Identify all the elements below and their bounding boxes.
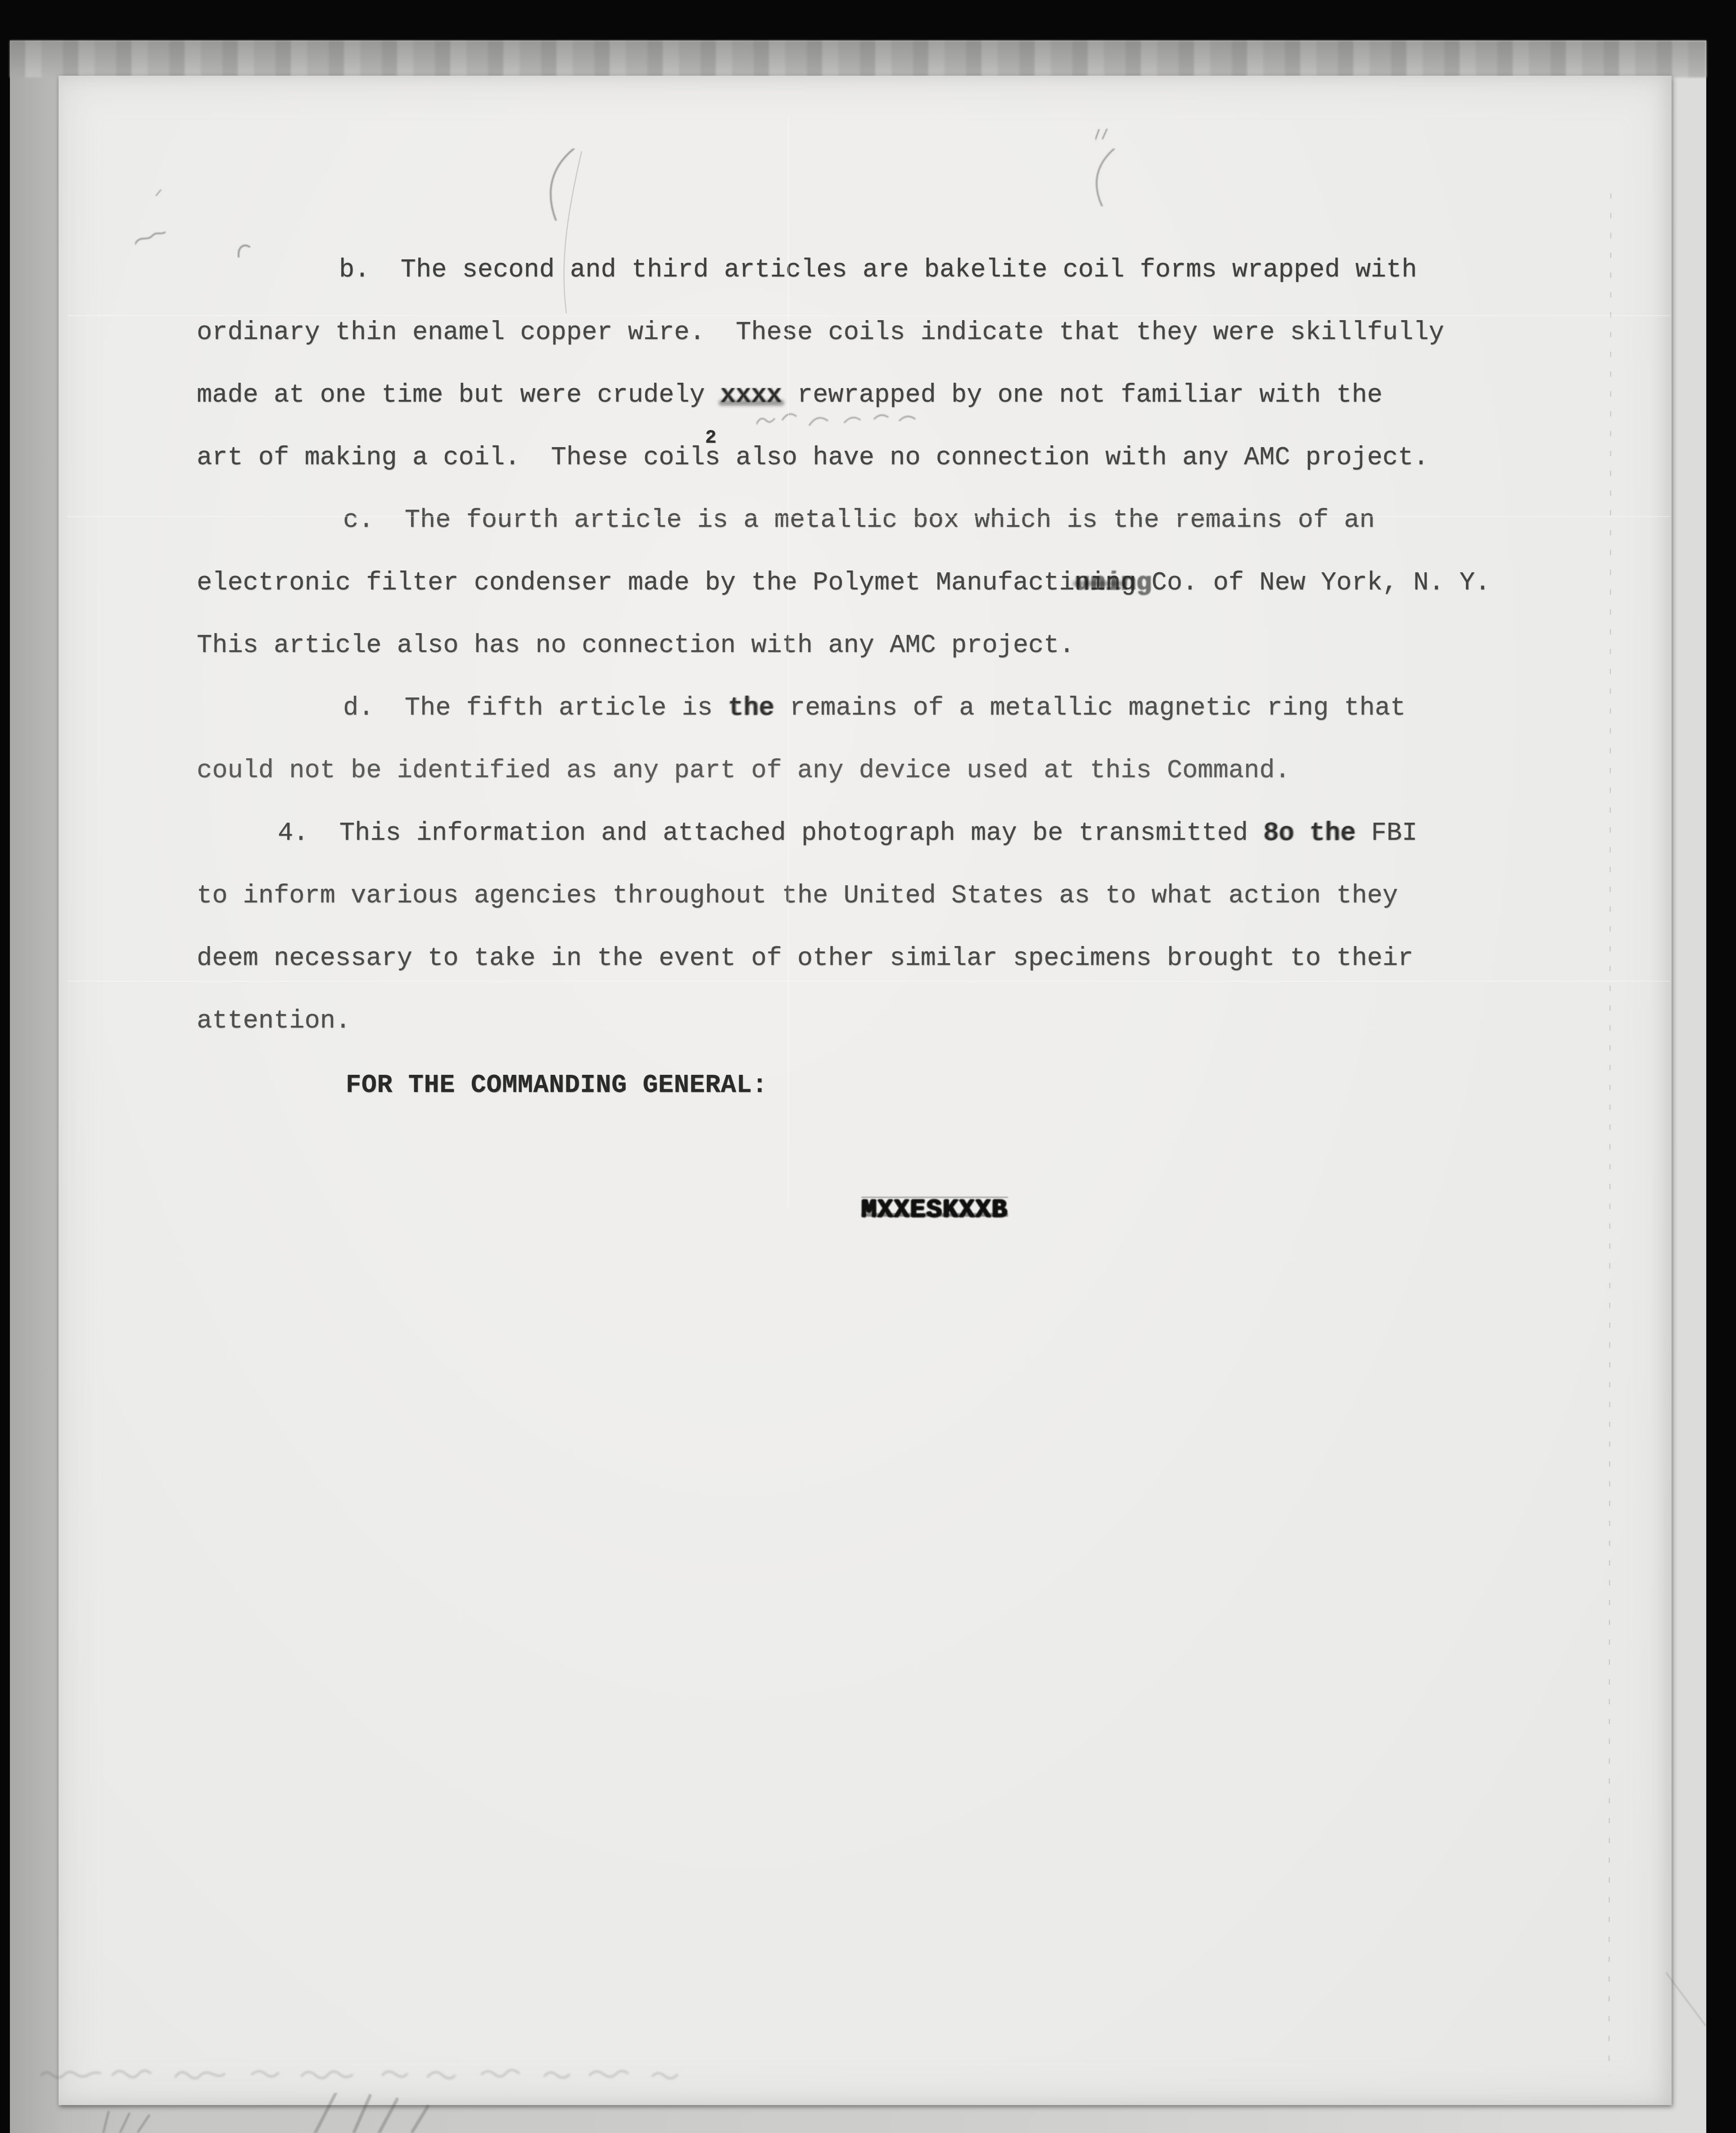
typed-line-c-2: electronic filter condenser made by the … [197, 568, 1490, 598]
typed-line-d-1: d. The fifth article is the remains of a… [343, 693, 1406, 723]
overstrike-the-overtype: the [728, 693, 774, 723]
scanned-document: FOR THE COMMANDING GENERAL: MXXESKXXB 2 … [0, 0, 1736, 2133]
typed-line-b-4: art of making a coil. These coils also h… [197, 443, 1429, 473]
scan-streak-streak-v-1 [788, 117, 789, 1207]
scan-streak-streak-h-2 [68, 516, 1670, 517]
typed-line-d-2: could not be identified as any part of a… [197, 756, 1290, 786]
typed-line-c-3: This article also has no connection with… [197, 631, 1075, 661]
typed-line-p4-2: to inform various agencies throughout th… [197, 881, 1398, 911]
typed-line-p4-1: 4. This information and attached photogr… [278, 819, 1417, 848]
typed-line-b-1: b. The second and third articles are bak… [339, 255, 1417, 285]
typed-line-c-1: c. The fourth article is a metallic box … [343, 506, 1375, 535]
typed-text-layer: FOR THE COMMANDING GENERAL: MXXESKXXB 2 … [0, 0, 1736, 2133]
typed-line-b-2: ordinary thin enamel copper wire. These … [197, 318, 1444, 348]
scan-streak-streak-h-3 [68, 981, 1670, 982]
ink-smudge-xxxx-bar [719, 400, 784, 406]
closing-line: FOR THE COMMANDING GENERAL: [346, 1071, 768, 1100]
ink-smudge-manufact-bar [1073, 581, 1127, 586]
typed-line-b-3: made at one time but were crudely xxxx r… [197, 380, 1383, 410]
scan-streak-streak-h-1 [68, 315, 1670, 316]
typed-line-p4-3: deem necessary to take in the event of o… [197, 944, 1413, 974]
overstrike-to-the-overtype: 8o the [1263, 819, 1356, 848]
overstrike-xxxx-strike: xxxx [720, 380, 782, 410]
typed-line-p4-4: attention. [197, 1006, 351, 1036]
xout-redaction: MXXESKXXB [861, 1197, 1008, 1224]
